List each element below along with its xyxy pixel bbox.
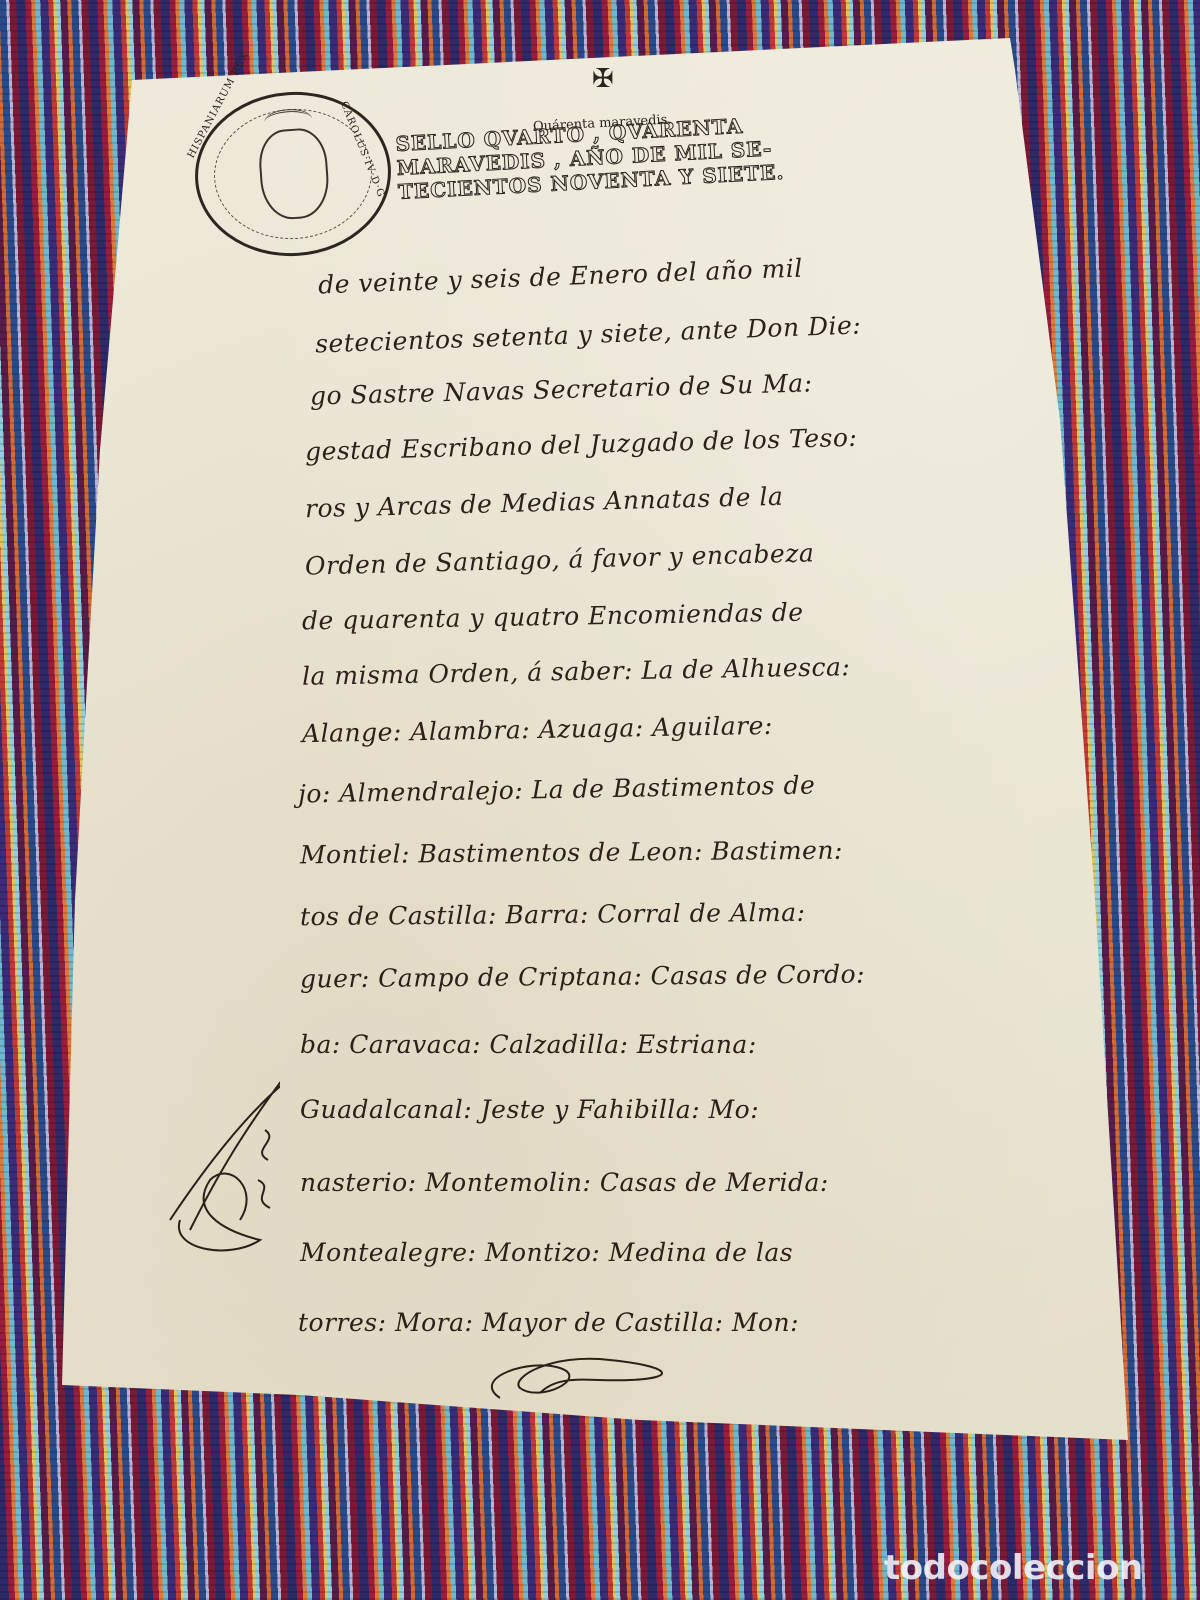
handwritten-line: Montiel: Bastimentos de Leon: Bastimen: bbox=[300, 836, 843, 870]
handwritten-line: guer: Campo de Criptana: Casas de Cordo: bbox=[300, 960, 865, 994]
bottom-rubric-icon bbox=[470, 1348, 690, 1408]
margin-rubric-icon bbox=[150, 1070, 280, 1260]
cross-icon: ✠ bbox=[592, 64, 614, 94]
handwritten-line: ba: Caravaca: Calzadilla: Estriana: bbox=[300, 1030, 757, 1059]
handwritten-line: Montealegre: Montizo: Medina de las bbox=[300, 1238, 793, 1267]
watermark-logo: todocoleccion bbox=[884, 1548, 1143, 1588]
handwritten-line: torres: Mora: Mayor de Castilla: Mon: bbox=[298, 1308, 799, 1337]
handwritten-line: Guadalcanal: Jeste y Fahibilla: Mo: bbox=[300, 1095, 759, 1124]
handwritten-line: tos de Castilla: Barra: Corral de Alma: bbox=[300, 898, 806, 931]
handwritten-line: nasterio: Montemolin: Casas de Merida: bbox=[300, 1168, 829, 1197]
